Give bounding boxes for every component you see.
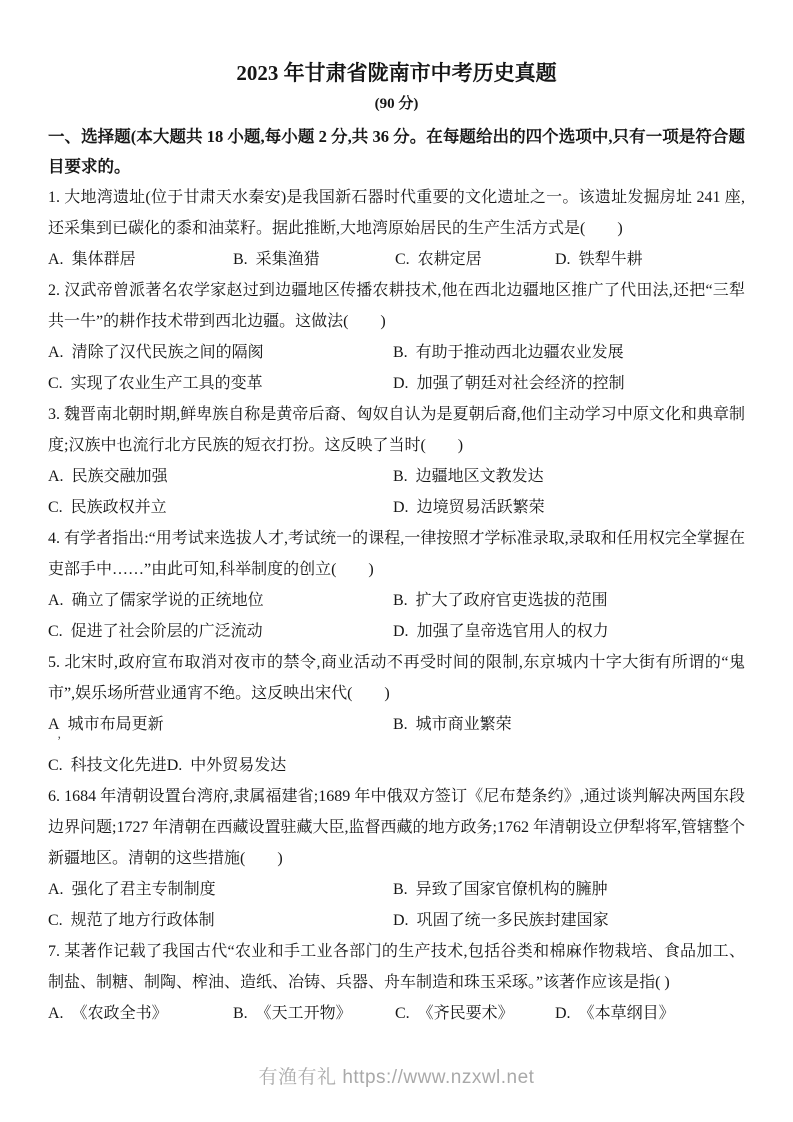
option-label: C. bbox=[48, 492, 63, 523]
option-b: B.扩大了政府官吏选拔的范围 bbox=[393, 585, 608, 616]
option-text: 规范了地方行政体制 bbox=[71, 905, 215, 936]
option-d: D.巩固了统一多民族封建国家 bbox=[393, 905, 609, 936]
option-a: A.民族交融加强 bbox=[48, 461, 393, 492]
option-label: C. bbox=[48, 368, 63, 399]
option-a: A.强化了君主专制制度 bbox=[48, 874, 393, 905]
option-b: B.城市商业繁荣 bbox=[393, 709, 512, 740]
question-stem: 6. 1684 年清朝设置台湾府,隶属福建省;1689 年中俄双方签订《尼布楚条… bbox=[48, 781, 745, 874]
option-b: B.有助于推动西北边疆农业发展 bbox=[393, 337, 624, 368]
option-label: A. bbox=[48, 874, 64, 905]
question-2: 2. 汉武帝曾派著名农学家赵过到边疆地区传播农耕技术,他在西北边疆地区推广了代田… bbox=[48, 275, 745, 399]
option-label: A. bbox=[48, 998, 64, 1029]
question-5: 5. 北宋时,政府宣布取消对夜市的禁令,商业活动不再受时间的限制,东京城内十字大… bbox=[48, 647, 745, 781]
option-text: 铁犁牛耕 bbox=[579, 244, 643, 275]
document-content: 2023 年甘肃省陇南市中考历史真题 (90 分) 一、选择题(本大题共 18 … bbox=[0, 0, 793, 1029]
option-label: D. bbox=[393, 616, 409, 647]
option-a: A.确立了儒家学说的正统地位 bbox=[48, 585, 393, 616]
options-row: A.确立了儒家学说的正统地位 B.扩大了政府官吏选拔的范围 bbox=[48, 585, 745, 616]
option-c: C.农耕定居 bbox=[395, 244, 555, 275]
options-row: A.民族交融加强 B.边疆地区文教发达 bbox=[48, 461, 745, 492]
question-4: 4. 有学者指出:“用考试来选拔人才,考试统一的课程,一律按照才学标准录取,录取… bbox=[48, 523, 745, 647]
option-label: D. bbox=[555, 998, 571, 1029]
option-d: D.加强了皇帝选官用人的权力 bbox=[393, 616, 609, 647]
option-text: 清除了汉代民族之间的隔阂 bbox=[72, 337, 264, 368]
option-label: A. bbox=[48, 337, 64, 368]
section-header: 一、选择题(本大题共 18 小题,每小题 2 分,共 36 分。在每题给出的四个… bbox=[48, 122, 745, 182]
option-b: B.边疆地区文教发达 bbox=[393, 461, 544, 492]
option-b: B.采集渔猎 bbox=[233, 244, 395, 275]
scan-artifact-mark: ’ bbox=[57, 734, 61, 747]
option-text: 《农政全书》 bbox=[72, 998, 168, 1029]
option-a: A.清除了汉代民族之间的隔阂 bbox=[48, 337, 393, 368]
option-text: 民族交融加强 bbox=[72, 461, 168, 492]
option-text: 有助于推动西北边疆农业发展 bbox=[416, 337, 624, 368]
options-row: C.规范了地方行政体制 D.巩固了统一多民族封建国家 bbox=[48, 905, 745, 936]
option-d: D.加强了朝廷对社会经济的控制 bbox=[393, 368, 625, 399]
options-row: A城市布局更新 B.城市商业繁荣 bbox=[48, 709, 745, 740]
option-b: B.《天工开物》 bbox=[233, 998, 395, 1029]
option-d: D.边境贸易活跃繁荣 bbox=[393, 492, 545, 523]
option-label: A. bbox=[48, 244, 64, 275]
question-1: 1. 大地湾遗址(位于甘肃天水秦安)是我国新石器时代重要的文化遗址之一。该遗址发… bbox=[48, 182, 745, 275]
option-text: 采集渔猎 bbox=[256, 244, 320, 275]
footer-watermark: 有渔有礼 https://www.nzxwl.net bbox=[0, 1062, 793, 1089]
option-label: C. bbox=[48, 750, 63, 781]
option-text: 边疆地区文教发达 bbox=[416, 461, 544, 492]
option-label: D. bbox=[555, 244, 571, 275]
option-c: C.《齐民要术》 bbox=[395, 998, 555, 1029]
options-row: C.促进了社会阶层的广泛流动 D.加强了皇帝选官用人的权力 bbox=[48, 616, 745, 647]
question-7: 7. 某著作记载了我国古代“农业和手工业各部门的生产技术,包括谷类和棉麻作物栽培… bbox=[48, 936, 745, 1029]
exam-document-page: 2023 年甘肃省陇南市中考历史真题 (90 分) 一、选择题(本大题共 18 … bbox=[0, 0, 793, 1122]
option-c: C.实现了农业生产工具的变革 bbox=[48, 368, 393, 399]
option-label: D. bbox=[393, 905, 409, 936]
option-label: C. bbox=[48, 616, 63, 647]
option-text: 中外贸易发达 bbox=[190, 750, 286, 781]
option-text: 加强了皇帝选官用人的权力 bbox=[417, 616, 609, 647]
option-a: A城市布局更新 bbox=[48, 709, 393, 740]
option-text: 异致了国家官僚机构的臃肿 bbox=[416, 874, 608, 905]
option-c: C.规范了地方行政体制 bbox=[48, 905, 393, 936]
option-label: D. bbox=[393, 492, 409, 523]
question-stem: 1. 大地湾遗址(位于甘肃天水秦安)是我国新石器时代重要的文化遗址之一。该遗址发… bbox=[48, 182, 745, 244]
option-text: 确立了儒家学说的正统地位 bbox=[72, 585, 264, 616]
options-row: C.实现了农业生产工具的变革 D.加强了朝廷对社会经济的控制 bbox=[48, 368, 745, 399]
options-row: A.《农政全书》 B.《天工开物》 C.《齐民要术》 D.《本草纲目》 bbox=[48, 998, 745, 1029]
option-label: B. bbox=[393, 709, 408, 740]
total-score: (90 分) bbox=[48, 89, 745, 120]
option-c: C.民族政权并立 bbox=[48, 492, 393, 523]
option-text: 边境贸易活跃繁荣 bbox=[417, 492, 545, 523]
question-stem: 7. 某著作记载了我国古代“农业和手工业各部门的生产技术,包括谷类和棉麻作物栽培… bbox=[48, 936, 745, 998]
option-a: A.集体群居 bbox=[48, 244, 233, 275]
question-stem: 2. 汉武帝曾派著名农学家赵过到边疆地区传播农耕技术,他在西北边疆地区推广了代田… bbox=[48, 275, 745, 337]
option-text: 巩固了统一多民族封建国家 bbox=[417, 905, 609, 936]
question-stem: 5. 北宋时,政府宣布取消对夜市的禁令,商业活动不再受时间的限制,东京城内十字大… bbox=[48, 647, 745, 709]
option-label: B. bbox=[393, 337, 408, 368]
question-3: 3. 魏晋南北朝时期,鲜卑族自称是黄帝后裔、匈奴自认为是夏朝后裔,他们主动学习中… bbox=[48, 399, 745, 523]
option-d: D.铁犁牛耕 bbox=[555, 244, 643, 275]
option-label: D. bbox=[167, 750, 183, 781]
option-text: 扩大了政府官吏选拔的范围 bbox=[416, 585, 608, 616]
option-text: 城市布局更新 bbox=[68, 709, 164, 740]
option-a: A.《农政全书》 bbox=[48, 998, 233, 1029]
option-label: B. bbox=[393, 585, 408, 616]
option-c: C.科技文化先进 bbox=[48, 750, 167, 781]
option-label: C. bbox=[395, 998, 410, 1029]
option-c: C.促进了社会阶层的广泛流动 bbox=[48, 616, 393, 647]
question-6: 6. 1684 年清朝设置台湾府,隶属福建省;1689 年中俄双方签订《尼布楚条… bbox=[48, 781, 745, 936]
option-text: 《齐民要术》 bbox=[418, 998, 514, 1029]
option-text: 《天工开物》 bbox=[256, 998, 352, 1029]
option-label: B. bbox=[393, 874, 408, 905]
options-row: ’ C.科技文化先进 D.中外贸易发达 bbox=[48, 750, 745, 781]
option-text: 集体群居 bbox=[72, 244, 136, 275]
option-label: B. bbox=[393, 461, 408, 492]
option-b: B.异致了国家官僚机构的臃肿 bbox=[393, 874, 608, 905]
options-row: C.民族政权并立 D.边境贸易活跃繁荣 bbox=[48, 492, 745, 523]
option-text: 民族政权并立 bbox=[71, 492, 167, 523]
options-row: A.清除了汉代民族之间的隔阂 B.有助于推动西北边疆农业发展 bbox=[48, 337, 745, 368]
option-text: 农耕定居 bbox=[418, 244, 482, 275]
option-label: D. bbox=[393, 368, 409, 399]
option-label: A. bbox=[48, 461, 64, 492]
option-text: 强化了君主专制制度 bbox=[72, 874, 216, 905]
option-text: 科技文化先进 bbox=[71, 750, 167, 781]
question-stem: 3. 魏晋南北朝时期,鲜卑族自称是黄帝后裔、匈奴自认为是夏朝后裔,他们主动学习中… bbox=[48, 399, 745, 461]
option-text: 《本草纲目》 bbox=[579, 998, 675, 1029]
option-text: 加强了朝廷对社会经济的控制 bbox=[417, 368, 625, 399]
option-label: A. bbox=[48, 585, 64, 616]
option-text: 城市商业繁荣 bbox=[416, 709, 512, 740]
option-d: D.中外贸易发达 bbox=[167, 750, 287, 781]
option-text: 促进了社会阶层的广泛流动 bbox=[71, 616, 263, 647]
option-label: B. bbox=[233, 998, 248, 1029]
options-row: A.强化了君主专制制度 B.异致了国家官僚机构的臃肿 bbox=[48, 874, 745, 905]
option-label: C. bbox=[395, 244, 410, 275]
option-text: 实现了农业生产工具的变革 bbox=[71, 368, 263, 399]
option-label: C. bbox=[48, 905, 63, 936]
option-d: D.《本草纲目》 bbox=[555, 998, 675, 1029]
page-title: 2023 年甘肃省陇南市中考历史真题 bbox=[48, 58, 745, 89]
question-stem: 4. 有学者指出:“用考试来选拔人才,考试统一的课程,一律按照才学标准录取,录取… bbox=[48, 523, 745, 585]
option-label: B. bbox=[233, 244, 248, 275]
options-row: A.集体群居 B.采集渔猎 C.农耕定居 D.铁犁牛耕 bbox=[48, 244, 745, 275]
